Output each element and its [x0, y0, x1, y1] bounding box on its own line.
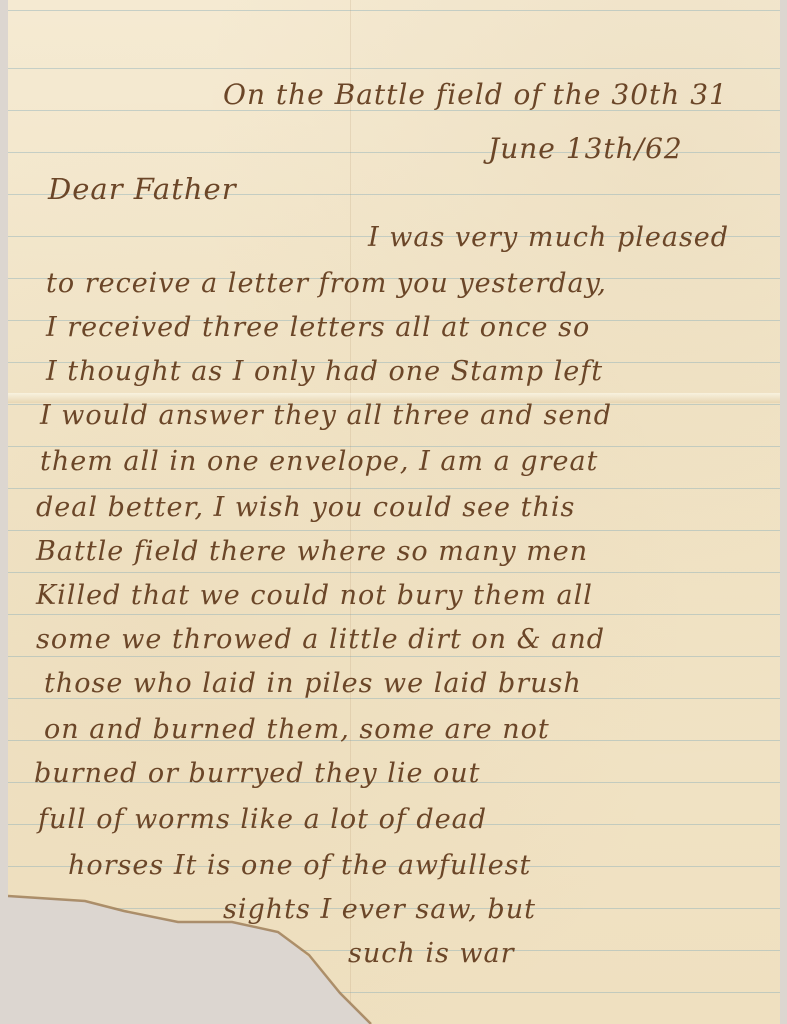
- body-line-1: I was very much pleased: [368, 222, 729, 253]
- body-line-13: burned or burryed they lie out: [34, 758, 481, 789]
- body-line-12: on and burned them, some are not: [44, 714, 550, 745]
- body-line-5: I would answer they all three and send: [40, 400, 612, 431]
- body-line-11: those who laid in piles we laid brush: [44, 668, 582, 699]
- letter-paper: On the Battle field of the 30th 31 June …: [8, 0, 780, 1024]
- body-line-15: horses It is one of the awfullest: [68, 850, 531, 881]
- body-line-9: Killed that we could not bury them all: [36, 580, 593, 611]
- body-line-17: such is war: [348, 938, 515, 969]
- body-line-10: some we throwed a little dirt on & and: [36, 624, 605, 655]
- body-line-6: them all in one envelope, I am a great: [40, 446, 598, 477]
- heading-place: On the Battle field of the 30th 31: [223, 78, 728, 111]
- body-line-7: deal better, I wish you could see this: [36, 492, 575, 523]
- body-line-2: to receive a letter from you yesterday,: [46, 268, 607, 299]
- body-line-16: sights I ever saw, but: [223, 894, 536, 925]
- body-line-14: full of worms like a lot of dead: [38, 804, 487, 835]
- body-line-4: I thought as I only had one Stamp left: [46, 356, 603, 387]
- heading-date: June 13th/62: [488, 132, 683, 165]
- salutation: Dear Father: [48, 172, 237, 206]
- body-line-8: Battle field there where so many men: [36, 536, 588, 567]
- body-line-3: I received three letters all at once so: [46, 312, 590, 343]
